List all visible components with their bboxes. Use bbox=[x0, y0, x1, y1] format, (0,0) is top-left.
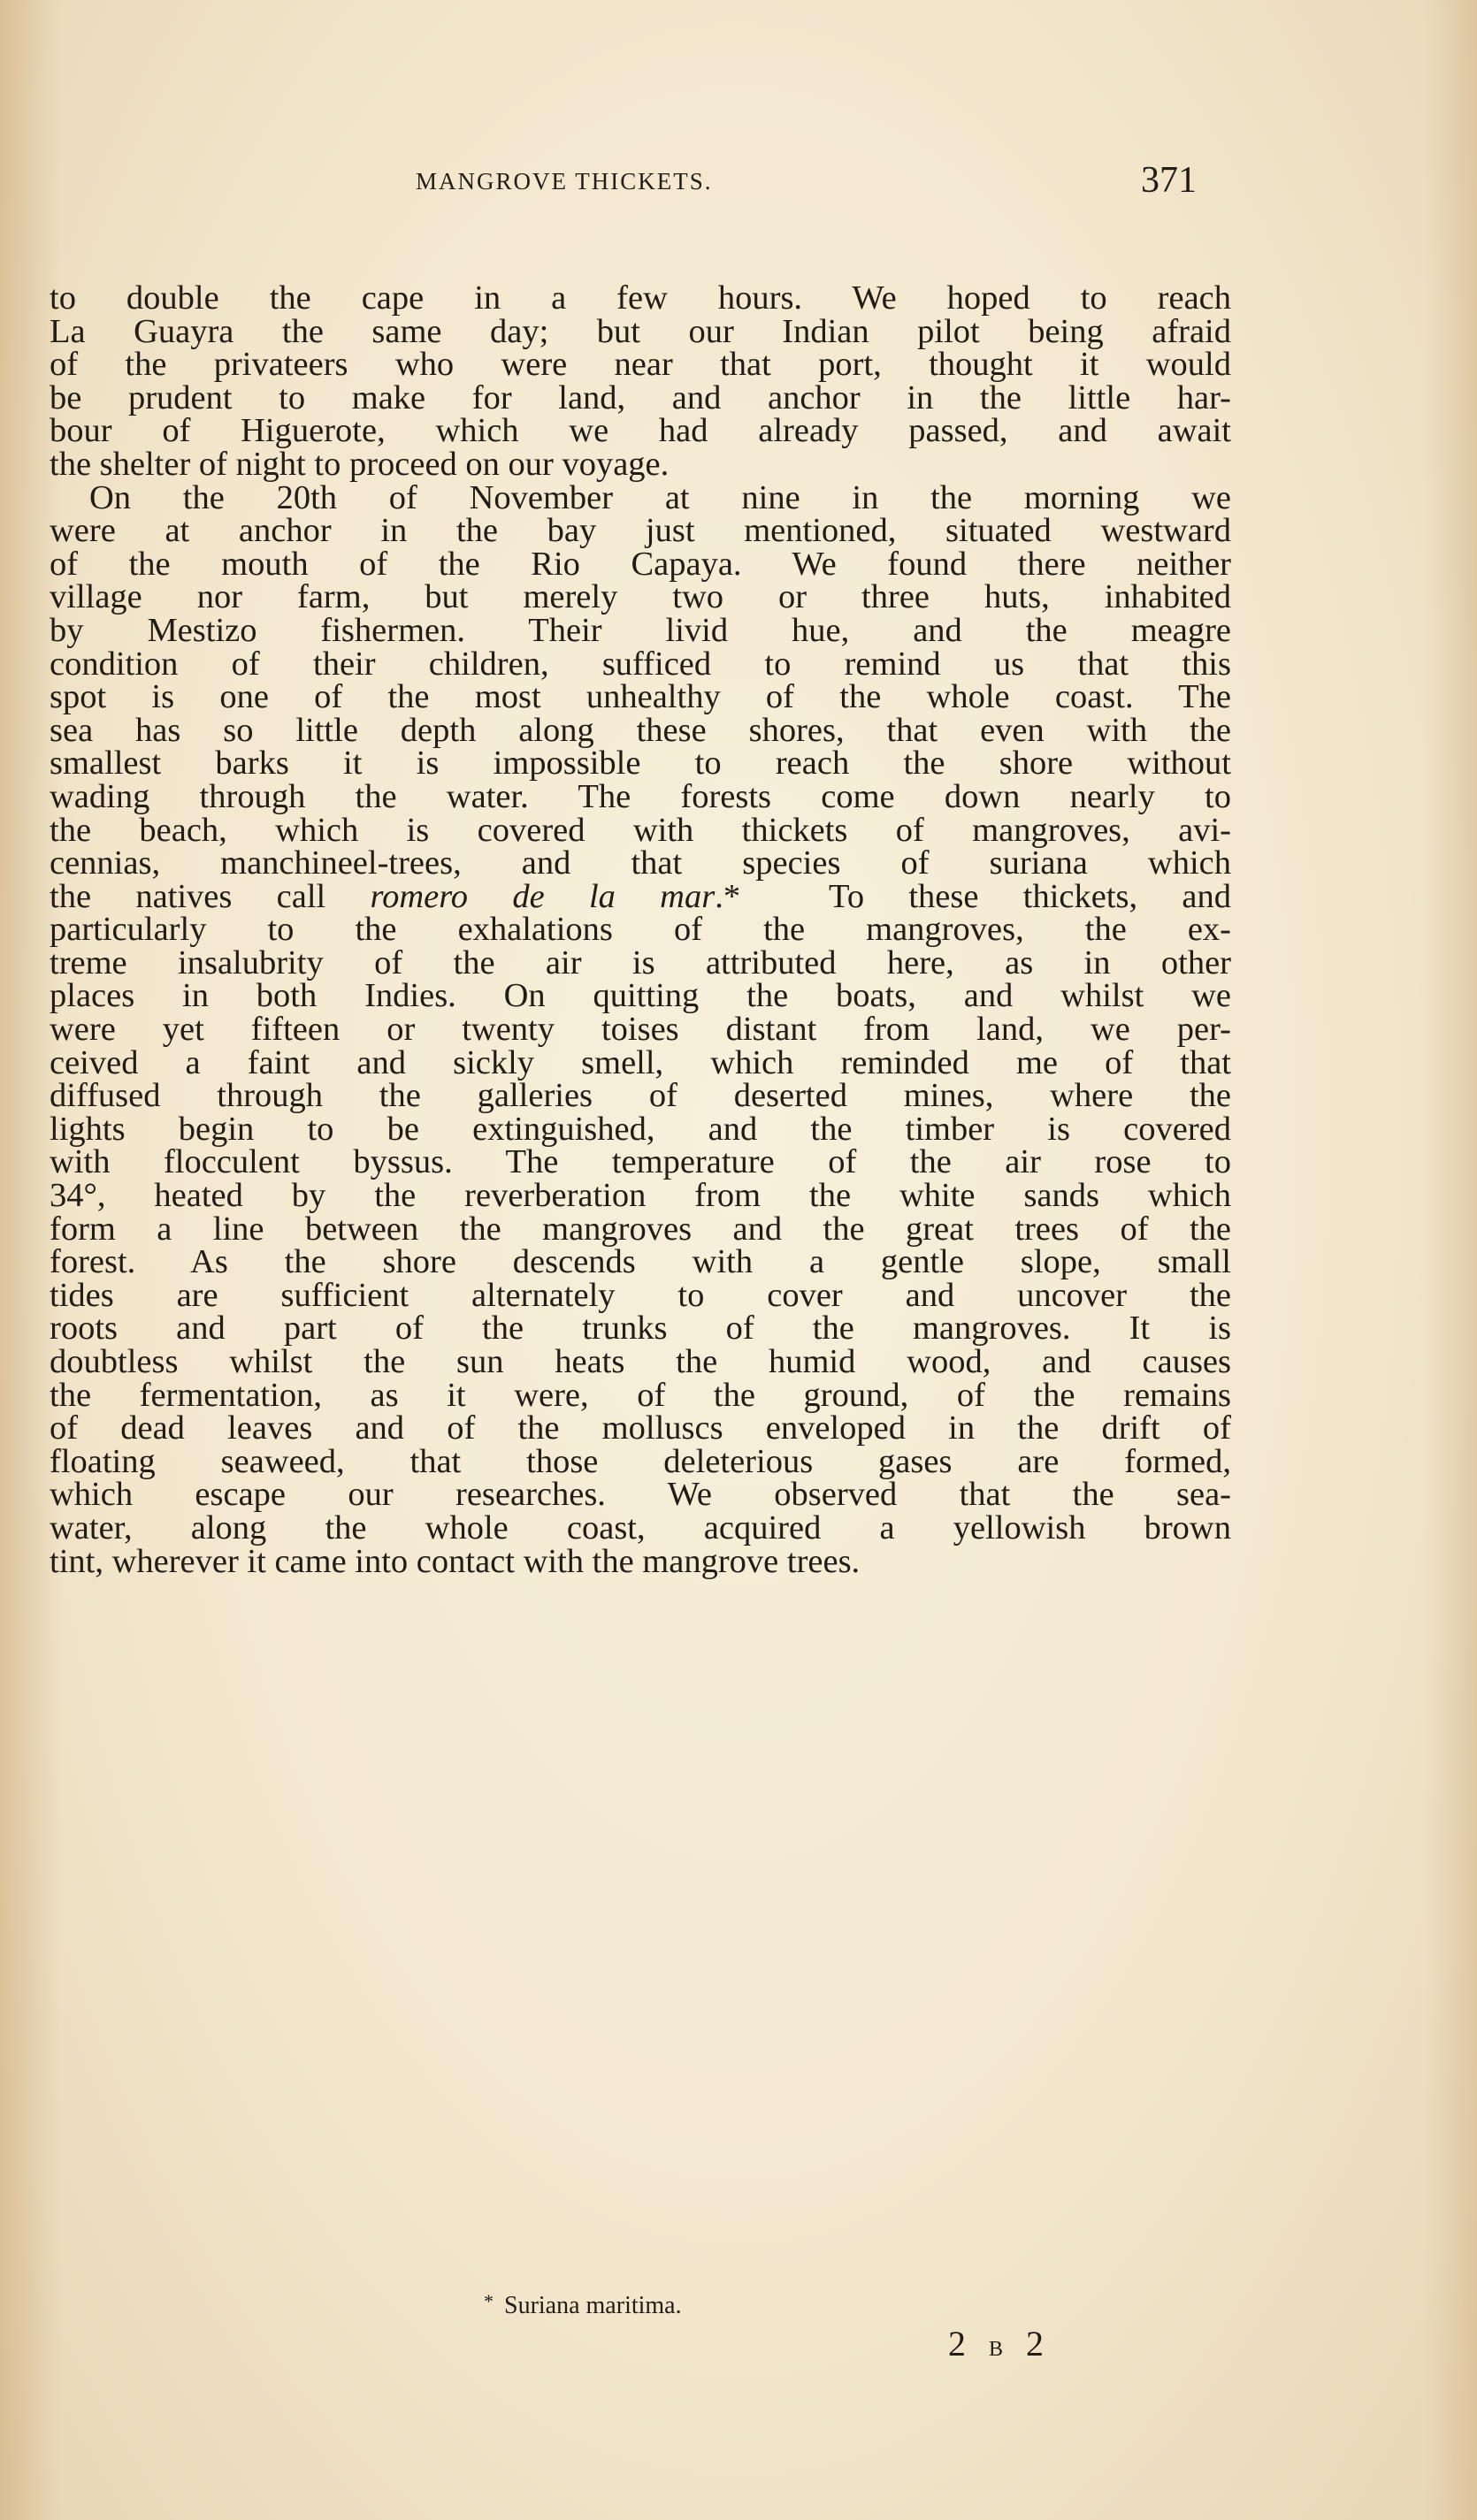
text-run: .* To these thickets, and bbox=[715, 878, 1231, 915]
text-line: the fermentation, as it were, of the gro… bbox=[50, 1379, 1231, 1413]
text-line: by Mestizo fishermen. Their livid hue, a… bbox=[50, 615, 1231, 648]
text-line: of the privateers who were near that por… bbox=[50, 348, 1231, 382]
text-line: with flocculent byssus. The temperature … bbox=[50, 1146, 1231, 1180]
italic-phrase: romero de la mar bbox=[371, 878, 716, 915]
text-line: of the mouth of the Rio Capaya. We found… bbox=[50, 548, 1231, 582]
text-line: floating seaweed, that those deleterious… bbox=[50, 1446, 1231, 1479]
footnote-mark: * bbox=[484, 2290, 494, 2312]
text-line: smallest barks it is impossible to reach… bbox=[50, 747, 1231, 781]
text-line: be prudent to make for land, and anchor … bbox=[50, 382, 1231, 416]
signature-part: 2 bbox=[948, 2324, 973, 2363]
text-line: wading through the water. The forests co… bbox=[50, 781, 1231, 814]
text-line: which escape our researches. We observed… bbox=[50, 1478, 1231, 1512]
text-line: cennias, manchineel-trees, and that spec… bbox=[50, 847, 1231, 881]
text-line: bour of Higuerote, which we had already … bbox=[50, 415, 1231, 448]
printer-signature-mark: 2 B 2 bbox=[948, 2323, 1051, 2364]
text-line: condition of their children, sufficed to… bbox=[50, 648, 1231, 682]
text-line: tides are sufficient alternately to cove… bbox=[50, 1279, 1231, 1313]
text-line: the shelter of night to proceed on our v… bbox=[50, 448, 1231, 482]
text-line: diffused through the galleries of desert… bbox=[50, 1080, 1231, 1113]
page-number: 371 bbox=[1141, 159, 1197, 202]
text-line: the beach, which is covered with thicket… bbox=[50, 814, 1231, 848]
text-run: the natives call bbox=[50, 878, 371, 915]
text-line: form a line between the mangroves and th… bbox=[50, 1213, 1231, 1247]
text-line: lights begin to be extinguished, and the… bbox=[50, 1113, 1231, 1147]
body-text: to double the cape in a few hours. We ho… bbox=[50, 282, 1231, 1578]
text-line: village nor farm, but merely two or thre… bbox=[50, 581, 1231, 615]
text-line: of dead leaves and of the molluscs envel… bbox=[50, 1412, 1231, 1446]
running-title: MANGROVE THICKETS. bbox=[416, 168, 713, 195]
text-line: doubtless whilst the sun heats the humid… bbox=[50, 1346, 1231, 1379]
text-line: particularly to the exhalations of the m… bbox=[50, 913, 1231, 947]
text-line: sea has so little depth along these shor… bbox=[50, 714, 1231, 748]
text-line: the natives call romero de la mar.* To t… bbox=[50, 881, 1231, 914]
text-line: roots and part of the trunks of the mang… bbox=[50, 1312, 1231, 1346]
text-line: were at anchor in the bay just mentioned… bbox=[50, 515, 1231, 548]
text-line: treme insalubrity of the air is attribut… bbox=[50, 947, 1231, 981]
text-line: were yet fifteen or twenty toises distan… bbox=[50, 1013, 1231, 1047]
text-line: 34°, heated by the reverberation from th… bbox=[50, 1180, 1231, 1213]
text-line: forest. As the shore descends with a gen… bbox=[50, 1246, 1231, 1279]
page-edge-shadow-right bbox=[1424, 0, 1477, 2520]
running-head: MANGROVE THICKETS. 371 bbox=[0, 159, 1477, 212]
text-line: La Guayra the same day; but our Indian p… bbox=[50, 316, 1231, 349]
signature-part: B bbox=[989, 2338, 1010, 2361]
text-line: places in both Indies. On quitting the b… bbox=[50, 980, 1231, 1013]
signature-part: 2 bbox=[1026, 2324, 1051, 2363]
text-line: spot is one of the most unhealthy of the… bbox=[50, 681, 1231, 714]
text-line: On the 20th of November at nine in the m… bbox=[50, 482, 1231, 515]
text-line: to double the cape in a few hours. We ho… bbox=[50, 282, 1231, 316]
text-line: ceived a faint and sickly smell, which r… bbox=[50, 1047, 1231, 1081]
text-line: water, along the whole coast, acquired a… bbox=[50, 1512, 1231, 1546]
footnote-text: Suriana maritima. bbox=[504, 2292, 682, 2319]
footnote: *Suriana maritima. bbox=[484, 2290, 682, 2320]
text-line: tint, wherever it came into contact with… bbox=[50, 1546, 1231, 1579]
